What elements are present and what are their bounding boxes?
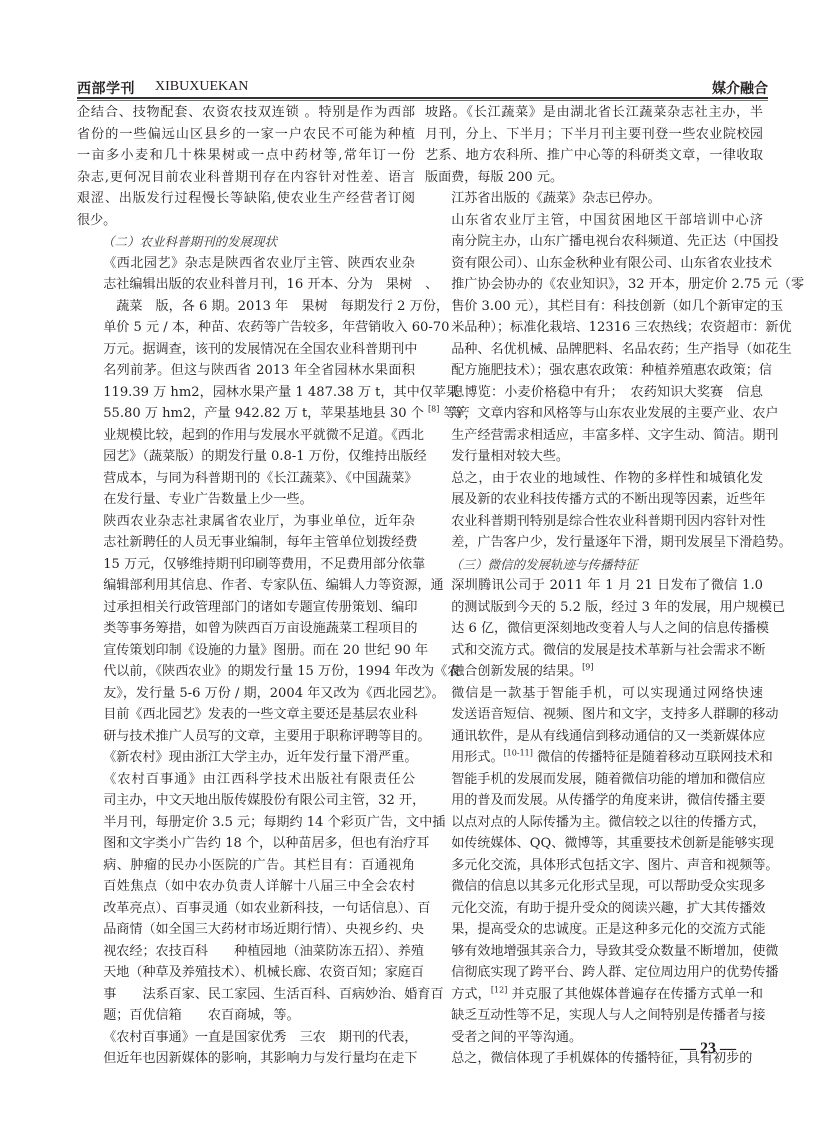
text-line: 用的普及而发展。从传播学的角度来讲，微信传播主要 xyxy=(425,790,763,812)
text-line: 融合创新发展的结果。[9] xyxy=(425,661,763,683)
text-line: 视农经；农技百科 种植园地（油菜防冻五招）、养殖 xyxy=(77,941,415,963)
text-line: 一亩多小麦和几十株果树或一点中药材等,常年订一份 xyxy=(77,145,415,167)
text-line: 万元。据调查，该刊的发展情况在全国农业科普期刊中 xyxy=(77,339,415,361)
text-line: 半月刊，每册定价 3.5 元；每期约 14 个彩页广告，文中插 xyxy=(77,812,415,834)
text-line: 深圳腾讯公司于 2011 年 1 月 21 日发布了微信 1.0 xyxy=(425,575,763,597)
text-line: 售价 3.00 元），其栏目有：科技创新（如几个新审定的玉 xyxy=(425,296,763,318)
text-line: 题；百优信箱 农百商城，等。 xyxy=(77,1005,415,1027)
text-line: 发送语音短信、视频、图片和文字，支持多人群聊的移动 xyxy=(425,704,763,726)
text-line: 配方施肥技术）；强农惠农政策：种植养殖惠农政策；信 xyxy=(425,360,763,382)
text-line: 发行量相对较大些。 xyxy=(425,446,763,468)
text-line: 达 6 亿，微信更深刻地改变着人与人之间的信息传播模 xyxy=(425,618,763,640)
text-line: 蔬菜 版，各 6 期。2013 年 果树 每期发行 2 万份， xyxy=(77,296,415,318)
paragraph: 深圳腾讯公司于 2011 年 1 月 21 日发布了微信 1.0的测试版到今天的… xyxy=(425,575,763,683)
text-line: 企结合、技物配套、农资农技双连锁 。特别是作为西部 xyxy=(77,102,415,124)
text-line: 够有效地增强其亲合力，导致其受众数量不断增加，使微 xyxy=(425,941,763,963)
text-line: 南分院主办，山东广播电视台农科频道、先正达（中国投 xyxy=(425,231,763,253)
section-heading: （三）微信的发展轨迹与传播特征 xyxy=(425,554,763,576)
text-line: 智能手机的发展而发展，随着微信功能的增加和微信应 xyxy=(425,769,763,791)
paragraph: 《新农村》现由浙江大学主办，近年发行量下滑严重。 xyxy=(77,747,415,769)
text-line: 119.39 万 hm2，园林水果产量 1 487.38 万 t，其中仅苹果 xyxy=(77,382,415,404)
header-rule-thick xyxy=(77,97,768,99)
text-line: 但近年也因新媒体的影响，其影响力与发行量均在走下 xyxy=(77,1048,415,1070)
paragraph: 山东省农业厅主管，中国贫困地区干部培训中心济南分院主办，山东广播电视台农科频道、… xyxy=(425,210,763,468)
paragraph: 企结合、技物配套、农资农技双连锁 。特别是作为西部省份的一些偏远山区县乡的一家一… xyxy=(77,102,415,231)
paragraph: 陕西农业杂志社隶属省农业厅，为事业单位，近年杂志社新聘任的人员无事业编制，每年主… xyxy=(77,511,415,748)
text-line: 方式，[12] 并克服了其他媒体普遍存在传播方式单一和 xyxy=(425,984,763,1006)
text-line: 业规模比较，起到的作用与发展水平就微不足道。《西北 xyxy=(77,425,415,447)
text-line: 资有限公司）、山东金秋种业有限公司、山东省农业技术 xyxy=(425,253,763,275)
citation-ref: [12] xyxy=(491,985,507,994)
text-line: 坡路。《长江蔬菜》是由湖北省长江蔬菜杂志社主办，半 xyxy=(425,102,763,124)
journal-name-cn: 西部学刊 xyxy=(77,78,135,98)
text-line: 15 万元，仅够维持期刊印刷等费用，不足费用部分依靠 xyxy=(77,554,415,576)
text-line: 陕西农业杂志社隶属省农业厅，为事业单位，近年杂 xyxy=(77,511,415,533)
text-line: 名列前茅。但这与陕西省 2013 年全省园林水果面积 xyxy=(77,360,415,382)
text-line: 微信的信息以其多元化形式呈现，可以帮助受众实现多 xyxy=(425,876,763,898)
text-line: 事 法系百家、民工家园、生活百科、百病妙治、婚育百 xyxy=(77,984,415,1006)
text-line: 司主办，中文天地出版传媒股份有限公司主管，32 开， xyxy=(77,790,415,812)
paragraph: 《农村百事通》一直是国家优秀 三农 期刊的代表，但近年也因新媒体的影响，其影响力… xyxy=(77,1027,415,1070)
paragraph: 坡路。《长江蔬菜》是由湖北省长江蔬菜杂志社主办，半月刊，分上、下半月；下半月刊主… xyxy=(425,102,763,188)
text-line: 息博览：小麦价格稳中有升； 农药知识大奖赛 信息 xyxy=(425,382,763,404)
text-line: （三）微信的发展轨迹与传播特征 xyxy=(425,554,763,576)
text-line: 志社编辑出版的农业科普月刊，16 开本、分为 果树 、 xyxy=(77,274,415,296)
text-line: 《新农村》现由浙江大学主办，近年发行量下滑严重。 xyxy=(77,747,415,769)
text-line: 如传统媒体、QQ、微博等，其重要技术创新是能够实现 xyxy=(425,833,763,855)
text-line: 艺系、地方农科所、推广中心等的科研类文章，一律收取 xyxy=(425,145,763,167)
text-line: 总之，由于农业的地域性、作物的多样性和城镇化发 xyxy=(425,468,763,490)
citation-ref: [9] xyxy=(582,663,593,672)
text-line: 园艺》（蔬菜版）的期发行量 0.8-1 万份，仅维持出版经 xyxy=(77,446,415,468)
running-header: 西部学刊 XIBUXUEKAN 媒介融合 xyxy=(77,78,768,98)
text-line: 《农村百事通》由江西科学技术出版社有限责任公 xyxy=(77,769,415,791)
text-line: 的测试版到今天的 5.2 版，经过 3 年的发展，用户规模已 xyxy=(425,597,763,619)
paragraph: 微信是一款基于智能手机，可以实现通过网络快速发送语音短信、视频、图片和文字，支持… xyxy=(425,683,763,1049)
text-line: 用形式。[10-11] 微信的传播特征是随着移动互联网技术和 xyxy=(425,747,763,769)
text-line: 山东省农业厅主管，中国贫困地区干部培训中心济 xyxy=(425,210,763,232)
text-line: 信彻底实现了跨平台、跨人群、定位周边用户的优势传播 xyxy=(425,962,763,984)
text-line: 代以前，《陕西农业》的期发行量 15 万份，1994 年改为《农 xyxy=(77,661,415,683)
text-line: 宣传策划印制《设施的力量》图册。而在 20 世纪 90 年 xyxy=(77,640,415,662)
text-line: （二）农业科普期刊的发展现状 xyxy=(77,231,415,253)
text-line: 月刊，分上、下半月；下半月刊主要刊登一些农业院校园 xyxy=(425,124,763,146)
text-line: 果，提高受众的忠诚度。正是这种多元化的交流方式能 xyxy=(425,919,763,941)
text-line: 以点对点的人际传播为主。微信较之以往的传播方式， xyxy=(425,812,763,834)
text-line: 米品种）；标准化栽培、12316 三农热线；农资超市：新优 xyxy=(425,317,763,339)
text-line: 营成本，与同为科普期刊的《长江蔬菜》、《中国蔬菜》 xyxy=(77,468,415,490)
text-line: 图和文字类小广告约 18 个，以种苗居多，但也有治疗耳 xyxy=(77,833,415,855)
text-line: 版面费，每版 200 元。 xyxy=(425,167,763,189)
section-title: 媒介融合 xyxy=(712,78,768,98)
paragraph: 总之，由于农业的地域性、作物的多样性和城镇化发展及新的农业科技传播方式的不断出现… xyxy=(425,468,763,554)
text-line: 等，文章内容和风格等与山东农业发展的主要产业、农户 xyxy=(425,403,763,425)
text-line: 多元化交流，具体形式包括文字、图片、声音和视频等。 xyxy=(425,855,763,877)
text-line: 单价 5 元 / 本，种苗、农药等广告较多，年营销收入 60-70 xyxy=(77,317,415,339)
text-line: 类等事务筹措，如曾为陕西百万亩设施蔬菜工程项目的 xyxy=(77,618,415,640)
text-line: 展及新的农业科技传播方式的不断出现等因素，近些年 xyxy=(425,489,763,511)
journal-name-en: XIBUXUEKAN xyxy=(155,79,248,95)
text-line: 55.80 万 hm2，产量 942.82 万 t，苹果基地县 30 个 [8]… xyxy=(77,403,415,425)
text-line: 式和交流方式。微信的发展是技术革新与社会需求不断 xyxy=(425,640,763,662)
left-column: 企结合、技物配套、农资农技双连锁 。特别是作为西部省份的一些偏远山区县乡的一家一… xyxy=(77,102,415,1070)
paragraph: 《西北园艺》杂志是陕西省农业厅主管、陕西农业杂志社编辑出版的农业科普月刊，16 … xyxy=(77,253,415,511)
paragraph: 江苏省出版的《蔬菜》杂志已停办。 xyxy=(425,188,763,210)
text-line: 品商情（如全国三大药材市场近期行情）、央视乡约、央 xyxy=(77,919,415,941)
page-number: — 23 — xyxy=(680,1040,736,1058)
text-line: 微信是一款基于智能手机，可以实现通过网络快速 xyxy=(425,683,763,705)
text-line: 差，广告客户少，发行量逐年下滑，期刊发展呈下滑趋势。 xyxy=(425,532,763,554)
text-line: 品种、名优机械、品牌肥料、名品农药；生产指导（如花生 xyxy=(425,339,763,361)
text-line: 编辑部利用其信息、作者、专家队伍、编辑人力等资源，通 xyxy=(77,575,415,597)
text-line: 过承担相关行政管理部门的诸如专题宣传册策划、编印 xyxy=(77,597,415,619)
text-line: 改革亮点）、百事灵通（如农业新科技，一句话信息）、百 xyxy=(77,898,415,920)
text-line: 研与技术推广人员写的文章，主要用于职称评聘等目的。 xyxy=(77,726,415,748)
right-column: 坡路。《长江蔬菜》是由湖北省长江蔬菜杂志社主办，半月刊，分上、下半月；下半月刊主… xyxy=(425,102,763,1070)
text-line: 杂志,更何况目前农业科普期刊存在内容针对性差、语言 xyxy=(77,167,415,189)
paragraph: 《农村百事通》由江西科学技术出版社有限责任公司主办，中文天地出版传媒股份有限公司… xyxy=(77,769,415,1027)
text-line: 友》，发行量 5-6 万份 / 期，2004 年又改为《西北园艺》。 xyxy=(77,683,415,705)
text-line: 《西北园艺》杂志是陕西省农业厅主管、陕西农业杂 xyxy=(77,253,415,275)
text-line: 艰涩、出版发行过程慢长等缺陷,使农业生产经营者订阅 xyxy=(77,188,415,210)
text-line: 《农村百事通》一直是国家优秀 三农 期刊的代表， xyxy=(77,1027,415,1049)
text-line: 天地（种草及养殖技术）、机械长廊、农资百知；家庭百 xyxy=(77,962,415,984)
text-line: 百姓焦点（如中农办负责人详解十八届三中全会农村 xyxy=(77,876,415,898)
text-line: 很少。 xyxy=(77,210,415,232)
text-line: 目前《西北园艺》发表的一些文章主要还是基层农业科 xyxy=(77,704,415,726)
text-line: 病、肿瘤的民办小医院的广告。其栏目有：百通视角 xyxy=(77,855,415,877)
text-line: 推广协会协办的《农业知识》，32 开本，册定价 2.75 元（零 xyxy=(425,274,763,296)
text-line: 元化交流，有助于提升受众的阅读兴趣，扩大其传播效 xyxy=(425,898,763,920)
header-rule-thin xyxy=(77,100,768,101)
text-line: 志社新聘任的人员无事业编制，每年主管单位划拨经费 xyxy=(77,532,415,554)
text-line: 通讯软件，是从有线通信到移动通信的又一类新媒体应 xyxy=(425,726,763,748)
citation-ref: [10-11] xyxy=(504,749,533,758)
text-line: 农业科普期刊特别是综合性农业科普期刊因内容针对性 xyxy=(425,511,763,533)
text-line: 省份的一些偏远山区县乡的一家一户农民不可能为种植 xyxy=(77,124,415,146)
text-line: 缺乏互动性等不足，实现人与人之间特别是传播者与接 xyxy=(425,1005,763,1027)
text-line: 在发行量、专业广告数量上少一些。 xyxy=(77,489,415,511)
text-line: 江苏省出版的《蔬菜》杂志已停办。 xyxy=(425,188,763,210)
section-heading: （二）农业科普期刊的发展现状 xyxy=(77,231,415,253)
text-line: 生产经营需求相适应，丰富多样、文字生动、简洁。期刊 xyxy=(425,425,763,447)
